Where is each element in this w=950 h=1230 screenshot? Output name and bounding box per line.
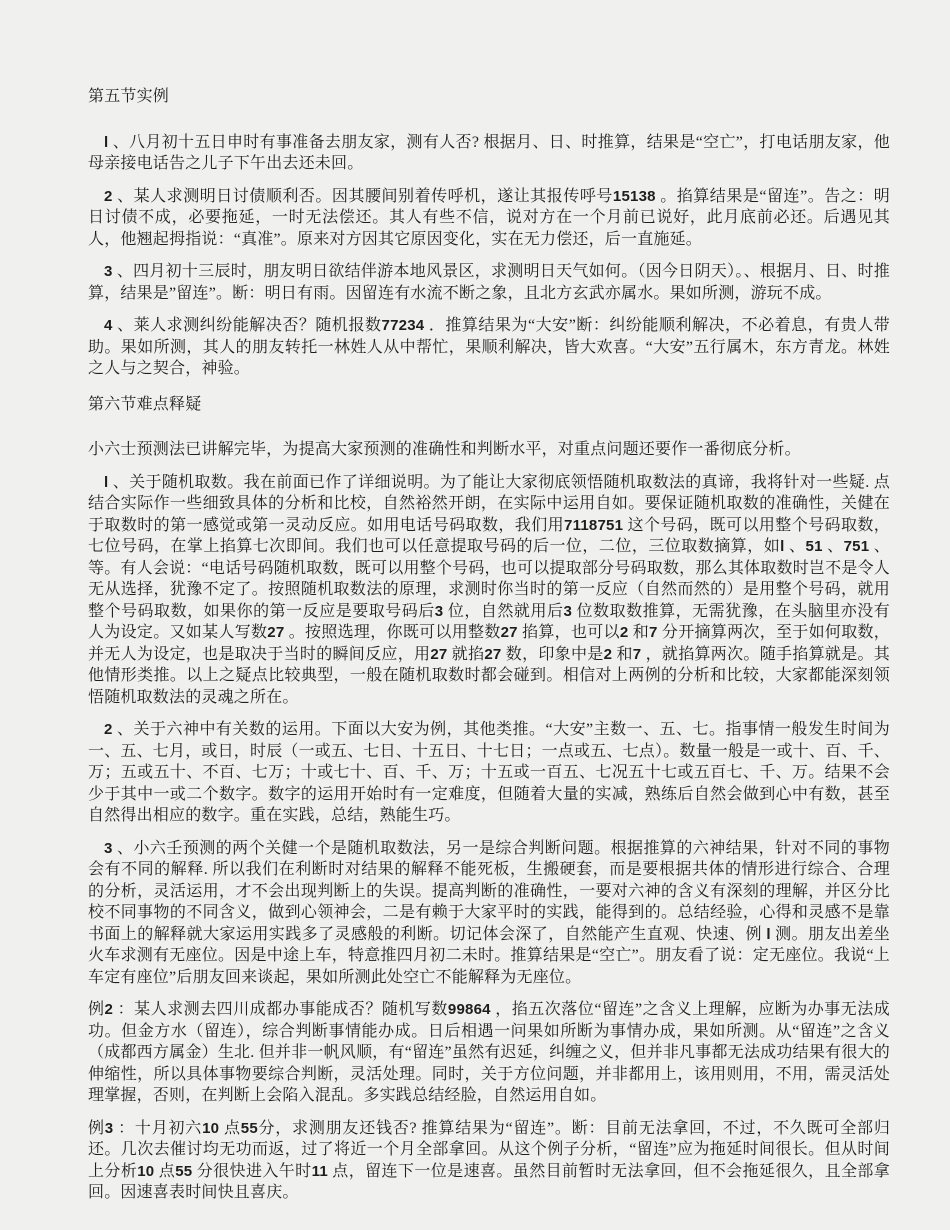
case-2-paragraph: 2 、某人求测明日讨债顺利否。因其腰间别着传呼机，遂让其报传呼号15138 。掐… bbox=[88, 186, 890, 251]
case-4-paragraph: 4 、莱人求测纠纷能解决否？随机报数77234 ．推算结果为“大安”断：纠纷能顺… bbox=[88, 315, 890, 380]
example-3-paragraph: 例3 ：十月初六10 点55分，求测朋友还钱否? 推算结果为“留连”。断：目前无… bbox=[88, 1118, 890, 1204]
topic-1-paragraph: l 、关于随机取数。我在前面已作了详细说明。为了能让大家彻底领悟随机取数法的真谛… bbox=[88, 472, 890, 709]
case-1-paragraph: l 、八月初十五日申时有事准备去朋友家，测有人否? 根据月、日、时推算，结果是“… bbox=[88, 132, 890, 175]
example-2-paragraph: 例2 ：某人求测去四川成都办事能成否？随机写数99864 ，掐五次落位“留连”之… bbox=[88, 999, 890, 1107]
document-page: 第五节实例 l 、八月初十五日申时有事准备去朋友家，测有人否? 根据月、日、时推… bbox=[0, 0, 950, 1230]
section-5-heading: 第五节实例 bbox=[88, 86, 890, 108]
document-body: 第五节实例 l 、八月初十五日申时有事准备去朋友家，测有人否? 根据月、日、时推… bbox=[88, 86, 890, 1204]
topic-3-paragraph: 3 、小六壬预测的两个关健一个是随机取数法，另一是综合判断问题。根据推算的六神结… bbox=[88, 838, 890, 989]
case-3-paragraph: 3 、四月初十三辰时，朋友明日欲结伴游本地风景区，求测明日天气如何。（因今日阴天… bbox=[88, 261, 890, 304]
section-6-intro: 小六士预测法已讲解完毕，为提高大家预测的准确性和判断水平，对重点问题还要作一番彻… bbox=[88, 439, 890, 461]
section-6-heading: 第六节难点释疑 bbox=[88, 394, 890, 416]
topic-2-paragraph: 2 、关于六神中有关数的运用。下面以大安为例，其他类推。“大安”主数一、五、七。… bbox=[88, 719, 890, 827]
